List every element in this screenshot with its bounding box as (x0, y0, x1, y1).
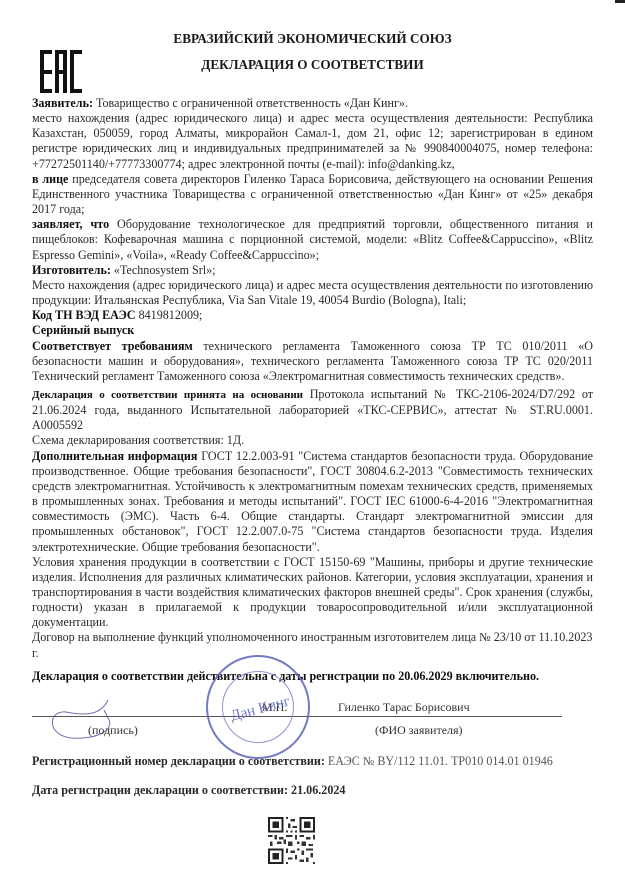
manufacturer-label: Изготовитель: (32, 263, 111, 277)
eac-letter-c (70, 50, 82, 93)
manufacturer-name: «Technosystem Srl»; (111, 263, 216, 277)
statement-label: заявляет, что (32, 217, 109, 231)
contract-line: Договор на выполнение функций уполномоче… (32, 630, 593, 660)
release-type: Серийный выпуск (32, 323, 134, 337)
statement-line: заявляет, что Оборудование технологическ… (32, 217, 593, 262)
hs-code-label: Код ТН ВЭД ЕАЭС (32, 308, 136, 322)
registration-number-value: ЕАЭС № BY/112 11.01. ТР010 014.01 01946 (325, 754, 553, 768)
additional-info-line: Дополнительная информация ГОСТ 12.2.003-… (32, 449, 593, 555)
signature-caption: (подпись) (88, 723, 138, 738)
union-heading: ЕВРАЗИЙСКИЙ ЭКОНОМИЧЕСКИЙ СОЮЗ (0, 31, 625, 47)
registration-date-line: Дата регистрации декларации о соответств… (32, 783, 345, 798)
scheme-line: Схема декларирования соответствия: 1Д. (32, 433, 593, 448)
eac-logo-icon (40, 50, 84, 93)
representative-text: председателя совета директоров Гиленко Т… (32, 172, 593, 216)
manufacturer-line: Изготовитель: «Technosystem Srl»; (32, 263, 593, 278)
basis-label: Декларация о соответствии принята на осн… (32, 389, 303, 401)
qr-code-icon (268, 817, 315, 864)
statement-text: Оборудование технологическое для предпри… (32, 217, 593, 261)
registration-date-label: Дата регистрации декларации о соответств… (32, 783, 288, 797)
applicant-line: Заявитель: Товарищество с ограниченной о… (32, 96, 593, 111)
applicant-name: Товарищество с ограниченной ответственно… (93, 96, 408, 110)
eac-letter-e (40, 50, 52, 93)
basis-line: Декларация о соответствии принята на осн… (32, 387, 593, 433)
hs-code-value: 8419812009; (136, 308, 203, 322)
manufacturer-address: Место нахождения (адрес юридического лиц… (32, 278, 593, 308)
representative-label: в лице (32, 172, 68, 186)
applicant-address: место нахождения (адрес юридического лиц… (32, 111, 593, 172)
signer-name: Гиленко Тарас Борисович (338, 700, 470, 715)
registration-number-line: Регистрационный номер декларации о соотв… (32, 754, 553, 769)
name-caption: (ФИО заявителя) (375, 723, 463, 738)
compliance-label: Соответствует требованиям (32, 339, 193, 353)
company-stamp: Дан Кинг (206, 655, 310, 759)
additional-info-label: Дополнительная информация (32, 449, 197, 463)
declaration-body: Заявитель: Товарищество с ограниченной о… (32, 96, 593, 684)
hs-code-line: Код ТН ВЭД ЕАЭС 8419812009; (32, 308, 593, 323)
applicant-label: Заявитель: (32, 96, 93, 110)
scan-corner-mark (615, 0, 625, 3)
additional-info-text: ГОСТ 12.2.003-91 "Система стандартов без… (32, 449, 593, 554)
registration-date-value: 21.06.2024 (288, 783, 345, 797)
representative-line: в лице председателя совета директоров Ги… (32, 172, 593, 217)
eac-letter-a (55, 50, 67, 93)
registration-number-label: Регистрационный номер декларации о соотв… (32, 754, 325, 768)
document-title: ДЕКЛАРАЦИЯ О СООТВЕТСТВИИ (0, 57, 625, 73)
compliance-line: Соответствует требованиям технического р… (32, 339, 593, 384)
storage-conditions: Условия хранения продукции в соответстви… (32, 555, 593, 631)
